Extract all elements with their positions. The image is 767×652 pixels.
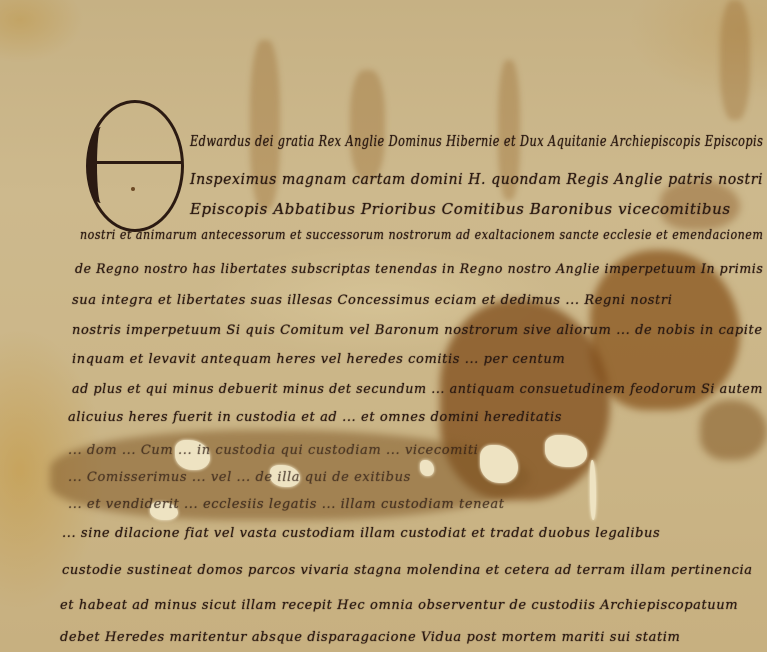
manuscript-line: nostri et animarum antecessorum et succe… [80, 228, 763, 243]
stain-streak [720, 0, 750, 120]
manuscript-line: debet Heredes maritentur absque disparag… [60, 630, 680, 645]
manuscript-line: Edwardus dei gratia Rex Anglie Dominus H… [190, 132, 763, 150]
manuscript-line: alicuius heres fuerit in custodia et ad … [68, 410, 562, 425]
manuscript-line: ad plus et qui minus debuerit minus det … [72, 382, 763, 397]
initial-crossbar [95, 161, 181, 164]
manuscript-line: custodie sustineat domos parcos vivaria … [62, 563, 753, 578]
manuscript-line: sua integra et libertates suas illesas C… [72, 293, 672, 308]
manuscript-line: ... sine dilacione fiat vel vasta custod… [62, 526, 660, 541]
manuscript-line: inquam et levavit antequam heres vel her… [72, 352, 565, 367]
manuscript-line: de Regno nostro has libertates subscript… [75, 262, 763, 277]
illuminated-initial-e [86, 100, 184, 232]
manuscript-line: ... dom ... Cum ... in custodia qui cust… [68, 443, 478, 458]
manuscript-line: nostris imperpetuum Si quis Comitum vel … [72, 323, 763, 338]
manuscript-line: Episcopis Abbatibus Prioribus Comitibus … [190, 200, 731, 218]
initial-dot [131, 187, 135, 191]
initial-decoration [87, 127, 115, 203]
stain-streak [350, 70, 385, 180]
manuscript-line: ... et vendiderit ... ecclesiis legatis … [68, 497, 505, 512]
damage-hole [420, 460, 434, 476]
manuscript-line: ... Comisserimus ... vel ... de illa qui… [68, 470, 411, 485]
manuscript-line: Inspeximus magnam cartam domini H. quond… [190, 170, 763, 188]
water-stain [700, 400, 767, 460]
manuscript-line: et habeat ad minus sicut illam recepit H… [60, 598, 738, 613]
